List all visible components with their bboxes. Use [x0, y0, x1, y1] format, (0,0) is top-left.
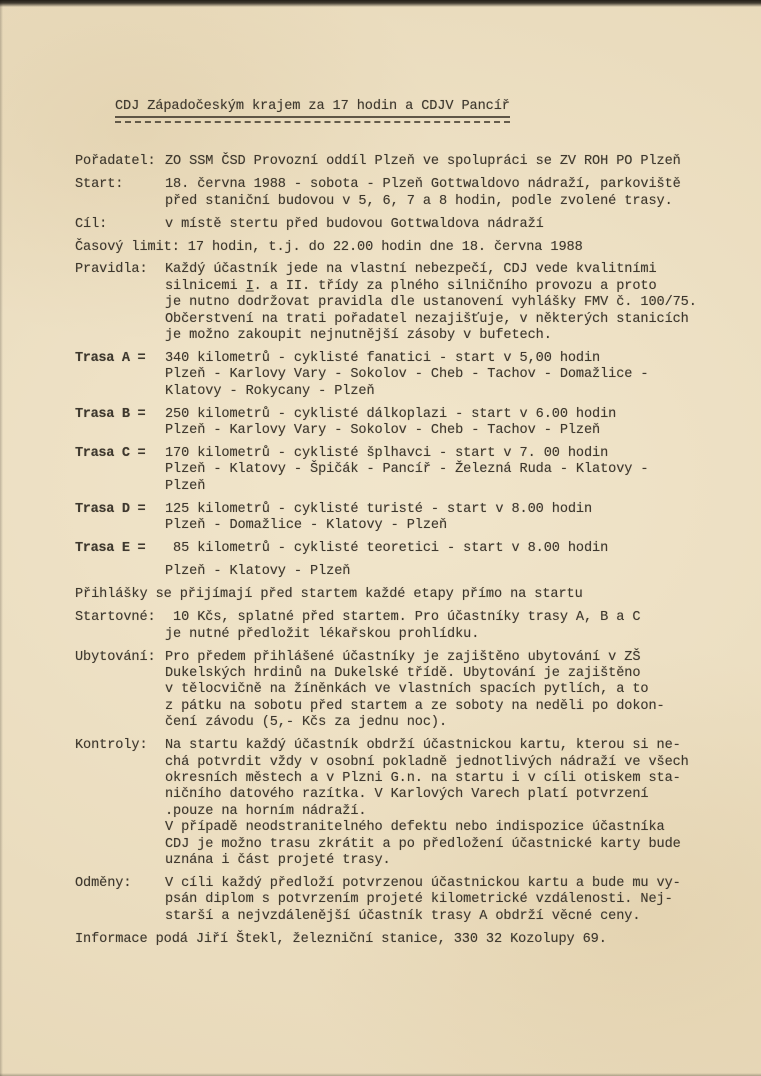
block-startovne: Startovné: 10 Kčs, splatné před startem.…	[75, 610, 701, 643]
block-trasa-a: Trasa A = 340 kilometrů - cyklisté fanat…	[75, 351, 701, 400]
text-line: Na startu každý účastník obdrží účastnic…	[165, 738, 701, 754]
text-line: před staniční budovou v 5, 6, 7 a 8 hodi…	[165, 194, 701, 210]
text-line: 17 hodin, t.j. do 22.00 hodin dne 18. če…	[180, 240, 701, 256]
block-start: Start: 18. června 1988 - sobota - Plzeň …	[75, 177, 701, 210]
block-label: Start:	[75, 177, 165, 210]
text-line: V případě neodstranitelného defektu nebo…	[165, 820, 701, 836]
text-line: 125 kilometrů - cyklisté turisté - start…	[165, 502, 701, 518]
text-line: okresních městech a v Plzni G.n. na star…	[165, 771, 701, 787]
block-prihlasky: Přihlášky se přijímají před startem každ…	[75, 587, 701, 603]
block-casovy-limit: Časový limit: 17 hodin, t.j. do 22.00 ho…	[75, 240, 701, 256]
text-line: ZO SSM ČSD Provozní oddíl Plzeň ve spolu…	[165, 154, 701, 170]
text-line: Plzeň - Klatovy - Plzeň	[165, 564, 701, 580]
block-label: Kontroly:	[75, 738, 165, 869]
text-line: 250 kilometrů - cyklisté dálkoplazi - st…	[165, 407, 701, 423]
block-trasa-c: Trasa C = 170 kilometrů - cyklisté šplha…	[75, 446, 701, 495]
block-label: Pořadatel:	[75, 154, 165, 170]
text-line: z pátku na sobotu před startem a ze sobo…	[165, 699, 701, 715]
text-line: čení závodu (5,- Kčs za jednu noc).	[165, 715, 701, 731]
block-label: Startovné:	[75, 610, 165, 643]
block-label: Trasa C =	[75, 446, 165, 495]
text-line: je možno zakoupit nejnutnější zásoby v b…	[165, 328, 701, 344]
block-label: Časový limit:	[75, 240, 180, 256]
text-line: Přihlášky se přijímají před startem každ…	[75, 587, 701, 603]
block-label: Cíl:	[75, 217, 165, 233]
text-line: Plzeň - Klatovy - Špičák - Pancíř - Žele…	[165, 462, 701, 478]
block-label: Trasa A =	[75, 351, 165, 400]
text-line: Klatovy - Rokycany - Plzeň	[165, 384, 701, 400]
block-trasa-b: Trasa B = 250 kilometrů - cyklisté dálko…	[75, 407, 701, 440]
text-line: CDJ je možno trasu zkrátit a po předlože…	[165, 837, 701, 853]
text-line: 18. června 1988 - sobota - Plzeň Gottwal…	[165, 177, 701, 193]
block-label: Trasa E =	[75, 541, 165, 581]
block-odmeny: Odměny: V cíli každý předloží potvrzenou…	[75, 876, 701, 925]
block-trasa-e: Trasa E = 85 kilometrů - cyklisté teoret…	[75, 541, 701, 581]
block-trasa-d: Trasa D = 125 kilometrů - cyklisté turis…	[75, 502, 701, 535]
text-line: chá potvrdit vždy v osobní pokladně jedn…	[165, 755, 701, 771]
text-line: 340 kilometrů - cyklisté fanatici - star…	[165, 351, 701, 367]
text-line: 10 Kčs, splatné před startem. Pro účastn…	[165, 610, 701, 626]
document-page: CDJ Západočeským krajem za 17 hodin a CD…	[0, 0, 761, 1076]
block-label: Trasa B =	[75, 407, 165, 440]
text-line: je nutno dodržovat pravidla dle ustanove…	[165, 295, 701, 311]
block-label: Odměny:	[75, 876, 165, 925]
text-line: silnicemi I̲. a II. třídy za plného siln…	[165, 279, 701, 295]
block-poradatel: Pořadatel: ZO SSM ČSD Provozní oddíl Plz…	[75, 154, 701, 170]
text-line: Dukelských hrdinů na Dukelské třídě. Uby…	[165, 666, 701, 682]
block-label: Pravidla:	[75, 262, 165, 344]
text-line: Plzeň - Domažlice - Klatovy - Plzeň	[165, 518, 701, 534]
block-cil: Cíl: v místě stertu před budovou Gottwal…	[75, 217, 701, 233]
text-line: Občerstvení na trati pořadatel nezajišťu…	[165, 312, 701, 328]
text-line: Pro předem přihlášené účastníky je zajiš…	[165, 650, 701, 666]
text-line: 85 kilometrů - cyklisté teoretici - star…	[165, 541, 701, 557]
text-line: Plzeň - Karlovy Vary - Sokolov - Cheb - …	[165, 423, 701, 439]
text-line: uznána i část projeté trasy.	[165, 853, 701, 869]
text-line: starší a nejvzdálenější účastník trasy A…	[165, 909, 701, 925]
text-line: v tělocvičně na žíněnkách ve vlastních s…	[165, 682, 701, 698]
block-pravidla: Pravidla: Každý účastník jede na vlastní…	[75, 262, 701, 344]
text-line: Plzeň	[165, 479, 701, 495]
document-title: CDJ Západočeským krajem za 17 hodin a CD…	[115, 99, 701, 123]
block-ubytovani: Ubytování: Pro předem přihlášené účastní…	[75, 650, 701, 732]
text-line: v místě stertu před budovou Gottwaldova …	[165, 217, 701, 233]
block-informace: Informace podá Jiří Štekl, železniční st…	[75, 932, 701, 948]
text-line: V cíli každý předloží potvrzenou účastni…	[165, 876, 701, 892]
text-line: 170 kilometrů - cyklisté šplhavci - star…	[165, 446, 701, 462]
text-line: Každý účastník jede na vlastní nebezpečí…	[165, 262, 701, 278]
block-label: Trasa D =	[75, 502, 165, 535]
text-line: Informace podá Jiří Štekl, železniční st…	[75, 932, 701, 948]
title-underline: CDJ Západočeským krajem za 17 hodin a CD…	[115, 99, 510, 123]
text-line: je nutné předložit lékařskou prohlídku.	[165, 627, 701, 643]
text-line: .pouze na horním nádraží.	[165, 804, 701, 820]
block-label: Ubytování:	[75, 650, 165, 732]
block-kontroly: Kontroly: Na startu každý účastník obdrž…	[75, 738, 701, 869]
text-line: ničního datového razítka. V Karlových Va…	[165, 787, 701, 803]
text-line: Plzeň - Karlovy Vary - Sokolov - Cheb - …	[165, 367, 701, 383]
text-line: psán diplom s potvrzením projeté kilomet…	[165, 892, 701, 908]
document-title-text: CDJ Západočeským krajem za 17 hodin a CD…	[115, 99, 510, 118]
